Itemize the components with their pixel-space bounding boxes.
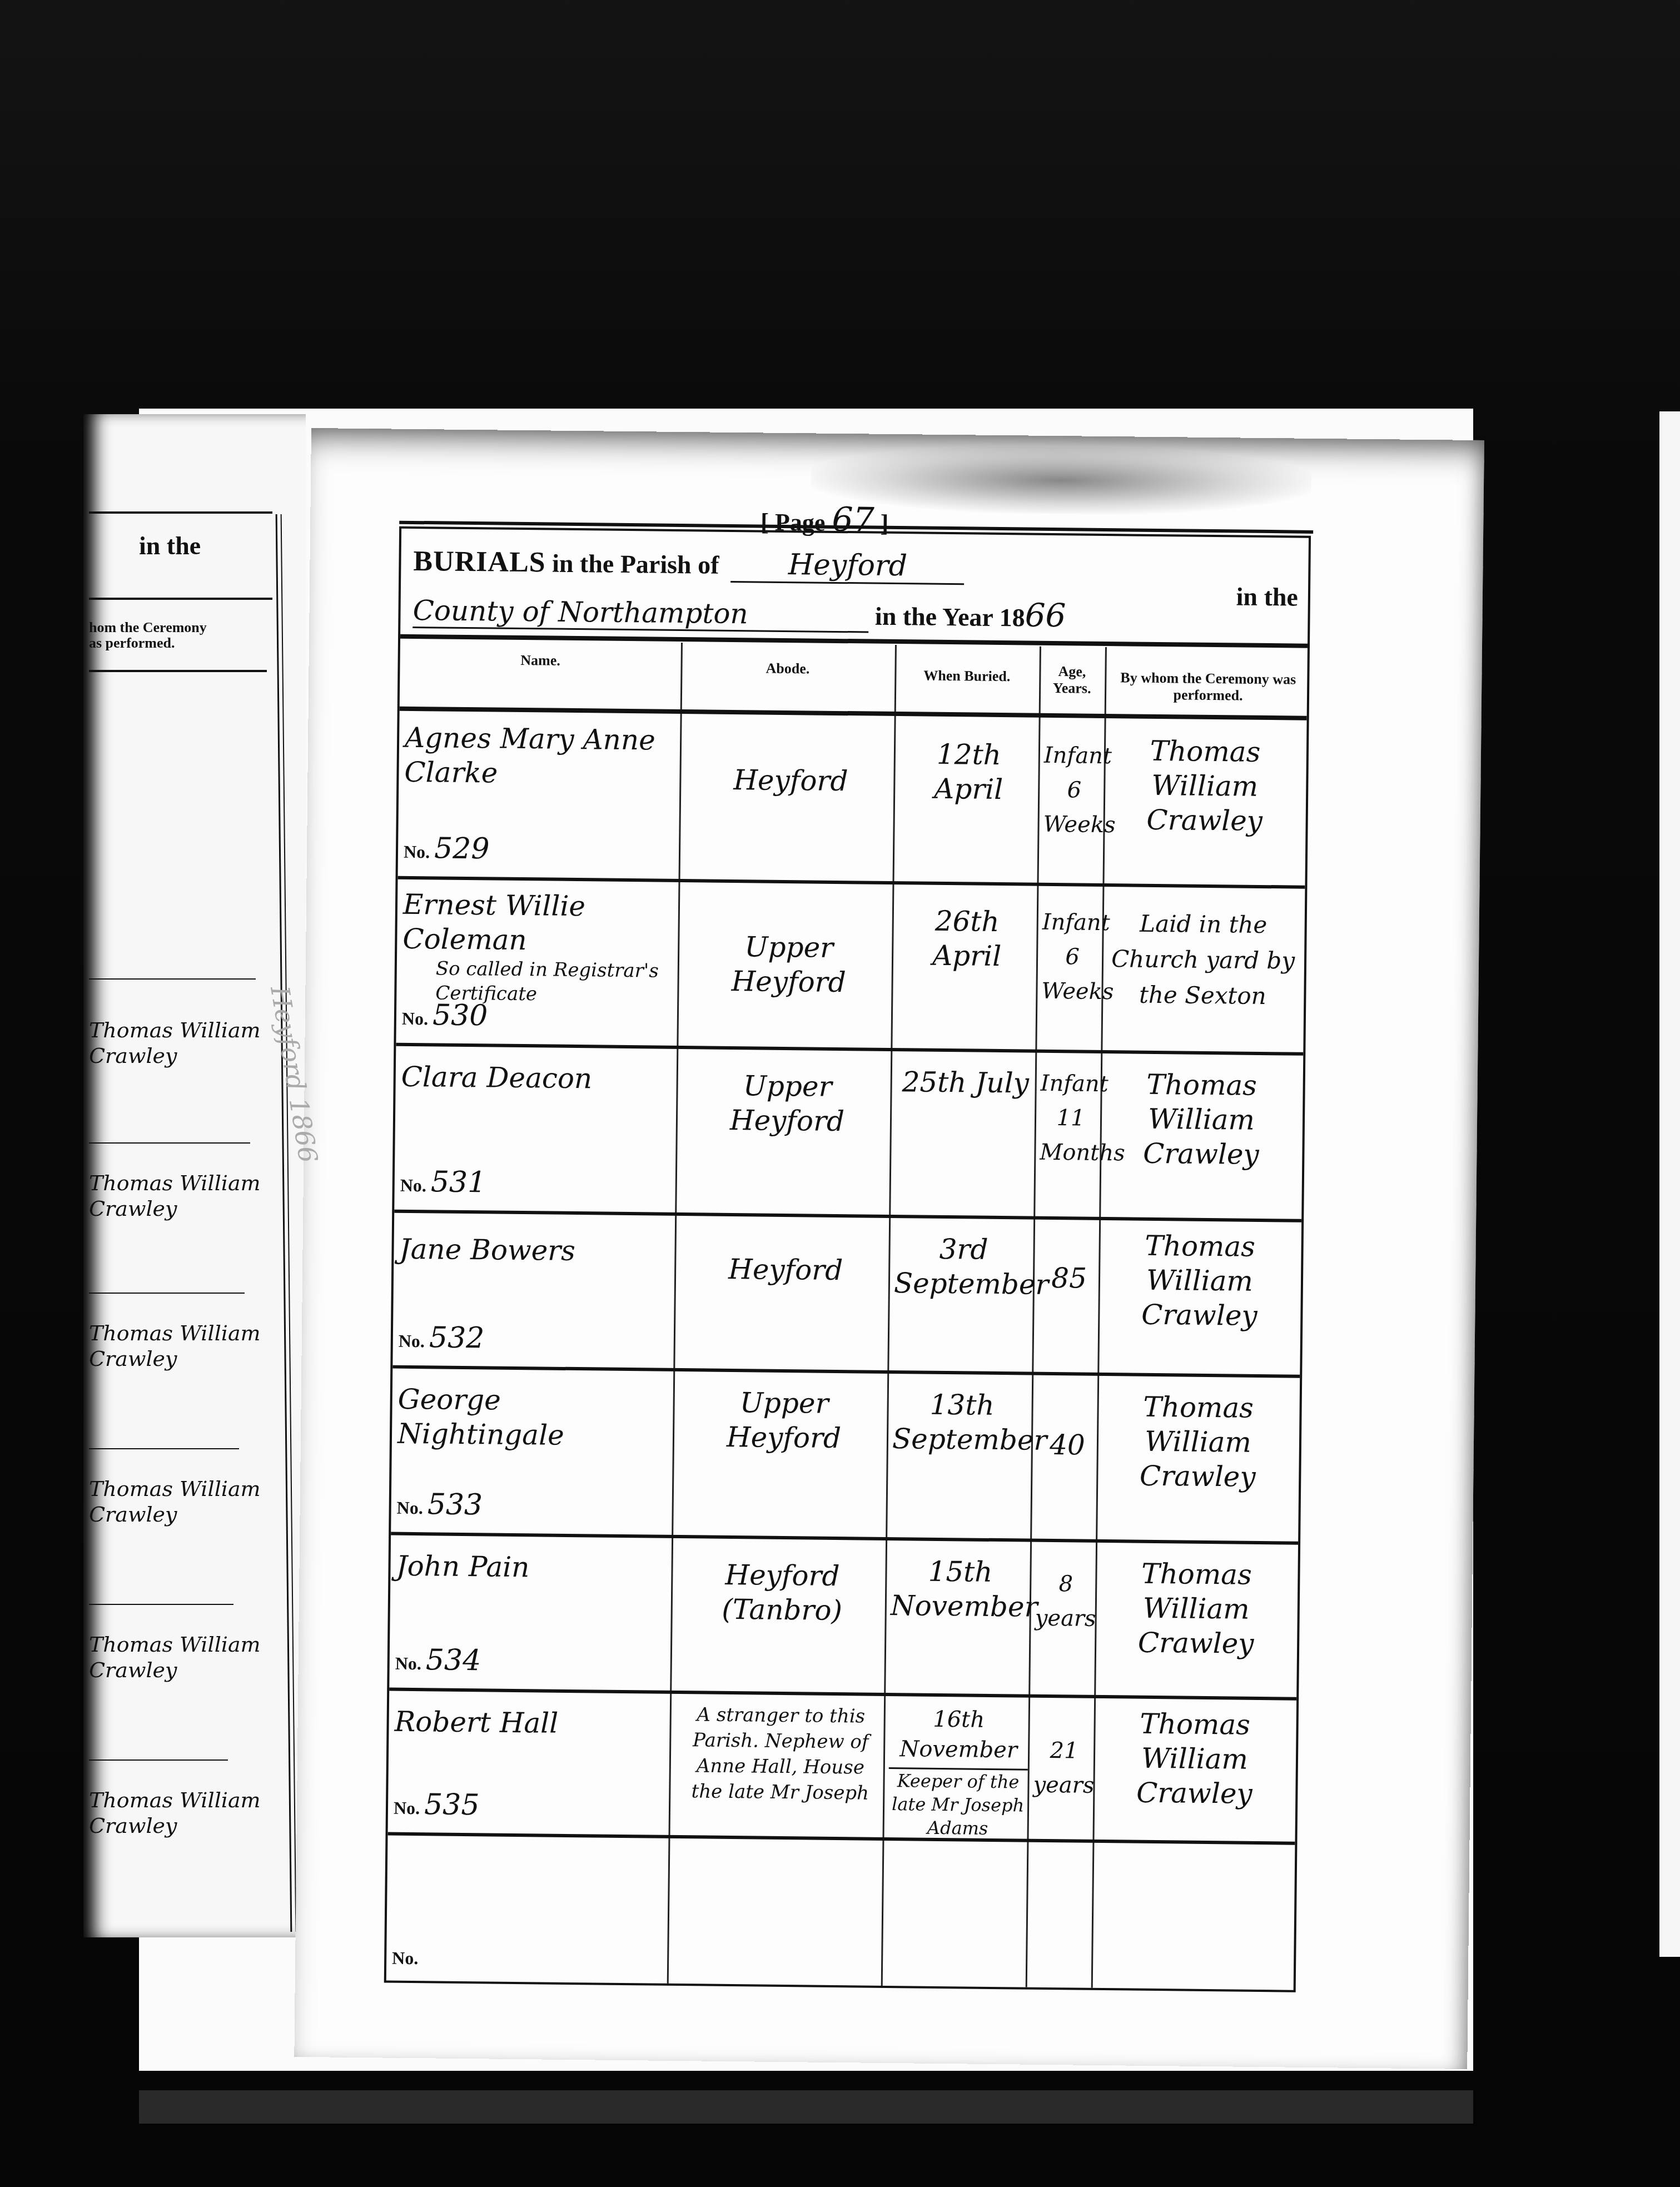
county-name: County of Northampton [412, 594, 869, 633]
table-row: Agnes Mary Anne Clarke Heyford 12th Apri… [398, 715, 1307, 886]
left-entry-by-whom: Thomas William Crawley [89, 1787, 306, 1838]
entry-when-note: Keeper of the late Mr Joseph Adams [888, 1767, 1027, 1841]
left-entry-by-whom: Thomas William Crawley [89, 1170, 306, 1221]
rule [89, 598, 272, 600]
entry-number: No.531 [400, 1165, 486, 1200]
entry-when-buried: 26th April [896, 887, 1037, 1066]
entry-number: No.532 [399, 1321, 485, 1355]
rule [89, 1759, 228, 1761]
entry-name: Robert Hall [393, 1693, 662, 1846]
rule [89, 670, 267, 672]
entry-age: Infant 11 Months [1039, 1055, 1102, 1228]
entry-name: John Pain [395, 1538, 663, 1702]
rule [89, 1142, 250, 1144]
burials-table: BURIALS in the Parish of Heyford in the … [384, 526, 1311, 1992]
entry-when-buried: 25th July [894, 1053, 1035, 1227]
left-entry-by-whom: Thomas William Crawley [89, 1320, 306, 1371]
entry-by-whom: Thomas William Crawley [1102, 1378, 1293, 1553]
entry-by-whom: Thomas William Crawley [1099, 1701, 1290, 1847]
header-in-the: in the [1236, 581, 1298, 612]
entry-by-whom: Thomas William Crawley [1104, 1222, 1295, 1380]
table-row: George Nightingale Upper Heyford 13th Se… [391, 1371, 1300, 1542]
parish-name: Heyford [731, 548, 965, 585]
column-header-by-whom: By whom the Ceremony was performed. [1104, 653, 1311, 733]
entry-age: Infant 6 Weeks [1041, 888, 1104, 1067]
entry-abode: Heyford (Tanbro) [678, 1540, 886, 1709]
entry-when-buried: 12th April [898, 720, 1038, 899]
entry-by-whom: Laid in the Church yard by the Sexton [1107, 889, 1298, 1069]
entry-abode: A stranger to this Parish. Nephew of Ann… [677, 1696, 884, 1843]
left-header-in-the: in the [139, 531, 201, 560]
right-page-fragment [1659, 411, 1680, 1957]
entry-number: No. [392, 1938, 423, 1972]
entry-number: No.533 [396, 1488, 483, 1522]
entry-age: Infant 6 Weeks [1042, 722, 1105, 900]
table-row: John Pain Heyford (Tanbro) 15th November… [389, 1538, 1298, 1697]
entry-number: No.534 [395, 1643, 481, 1678]
entry-when-buried: 15th November [889, 1543, 1030, 1706]
header-rule [400, 634, 1308, 648]
table-row: Robert Hall A stranger to this Parish. N… [388, 1693, 1297, 1842]
entry-when-buried: 16th November Keeper of the late Mr Jose… [888, 1698, 1028, 1845]
rule [89, 1604, 233, 1605]
rule [89, 1293, 245, 1294]
title-burials: BURIALS [413, 545, 546, 578]
entry-by-whom: Thomas William Crawley [1106, 1056, 1296, 1230]
register-page: [ Page67 ] Heyford 1866 BURIALS in the P… [294, 428, 1484, 2069]
entry-name: Jane Bowers [398, 1215, 667, 1385]
table-row: Ernest Willie Coleman So called in Regis… [396, 882, 1305, 1052]
left-entry-by-whom: Thomas William Crawley [89, 1632, 306, 1683]
entry-abode: Upper Heyford [683, 1051, 891, 1231]
entry-number: No.529 [404, 832, 490, 866]
rule [89, 978, 256, 980]
entry-number: No.530 [402, 998, 488, 1033]
entry-when-buried: 3rd September [893, 1220, 1033, 1383]
left-column-header: hom the Ceremony as performed. [89, 620, 207, 651]
scanner-shadow [139, 2090, 1473, 2124]
entry-when-buried: 13th September [891, 1376, 1032, 1550]
left-entry-by-whom: Thomas William Crawley [89, 1476, 306, 1527]
rule [89, 1448, 239, 1449]
table-row: Clara Deacon Upper Heyford 25th July Inf… [394, 1048, 1303, 1219]
rule [89, 511, 272, 514]
entry-number: No.535 [394, 1788, 480, 1822]
table-row: Jane Bowers Heyford 3rd September 85 Tho… [392, 1215, 1301, 1375]
entry-by-whom: Thomas William Crawley [1109, 722, 1300, 897]
entry-age: 8 years [1034, 1544, 1097, 1717]
year-suffix: 66 [1025, 596, 1066, 634]
column-header-name: Name. [400, 645, 681, 715]
header-line-2: County of Northampton in the Year 1866 [412, 590, 1066, 635]
entry-by-whom: Thomas William Crawley [1101, 1545, 1291, 1708]
header-line-1: BURIALS in the Parish of Heyford [413, 544, 970, 585]
column-header-when-buried: When Buried. [894, 650, 1039, 730]
left-page-fragment: in the hom the Ceremony as performed. Th… [83, 414, 306, 1937]
left-page-border [276, 514, 297, 1932]
entry-abode: Upper Heyford [680, 1374, 887, 1548]
table-row-empty: No. [386, 1838, 1295, 1992]
